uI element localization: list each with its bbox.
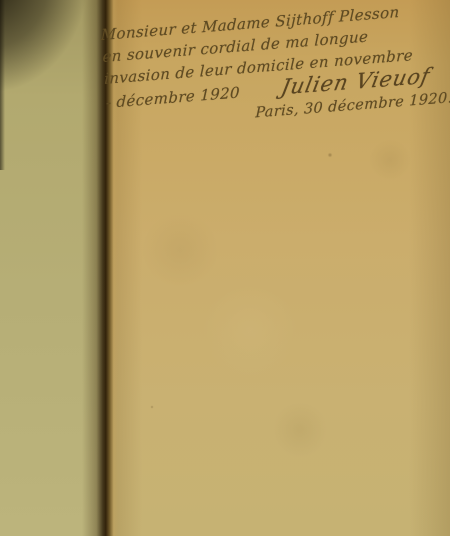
book-photo: Monsieur et Madame Sijthoff Plesson en s… [0, 0, 450, 536]
